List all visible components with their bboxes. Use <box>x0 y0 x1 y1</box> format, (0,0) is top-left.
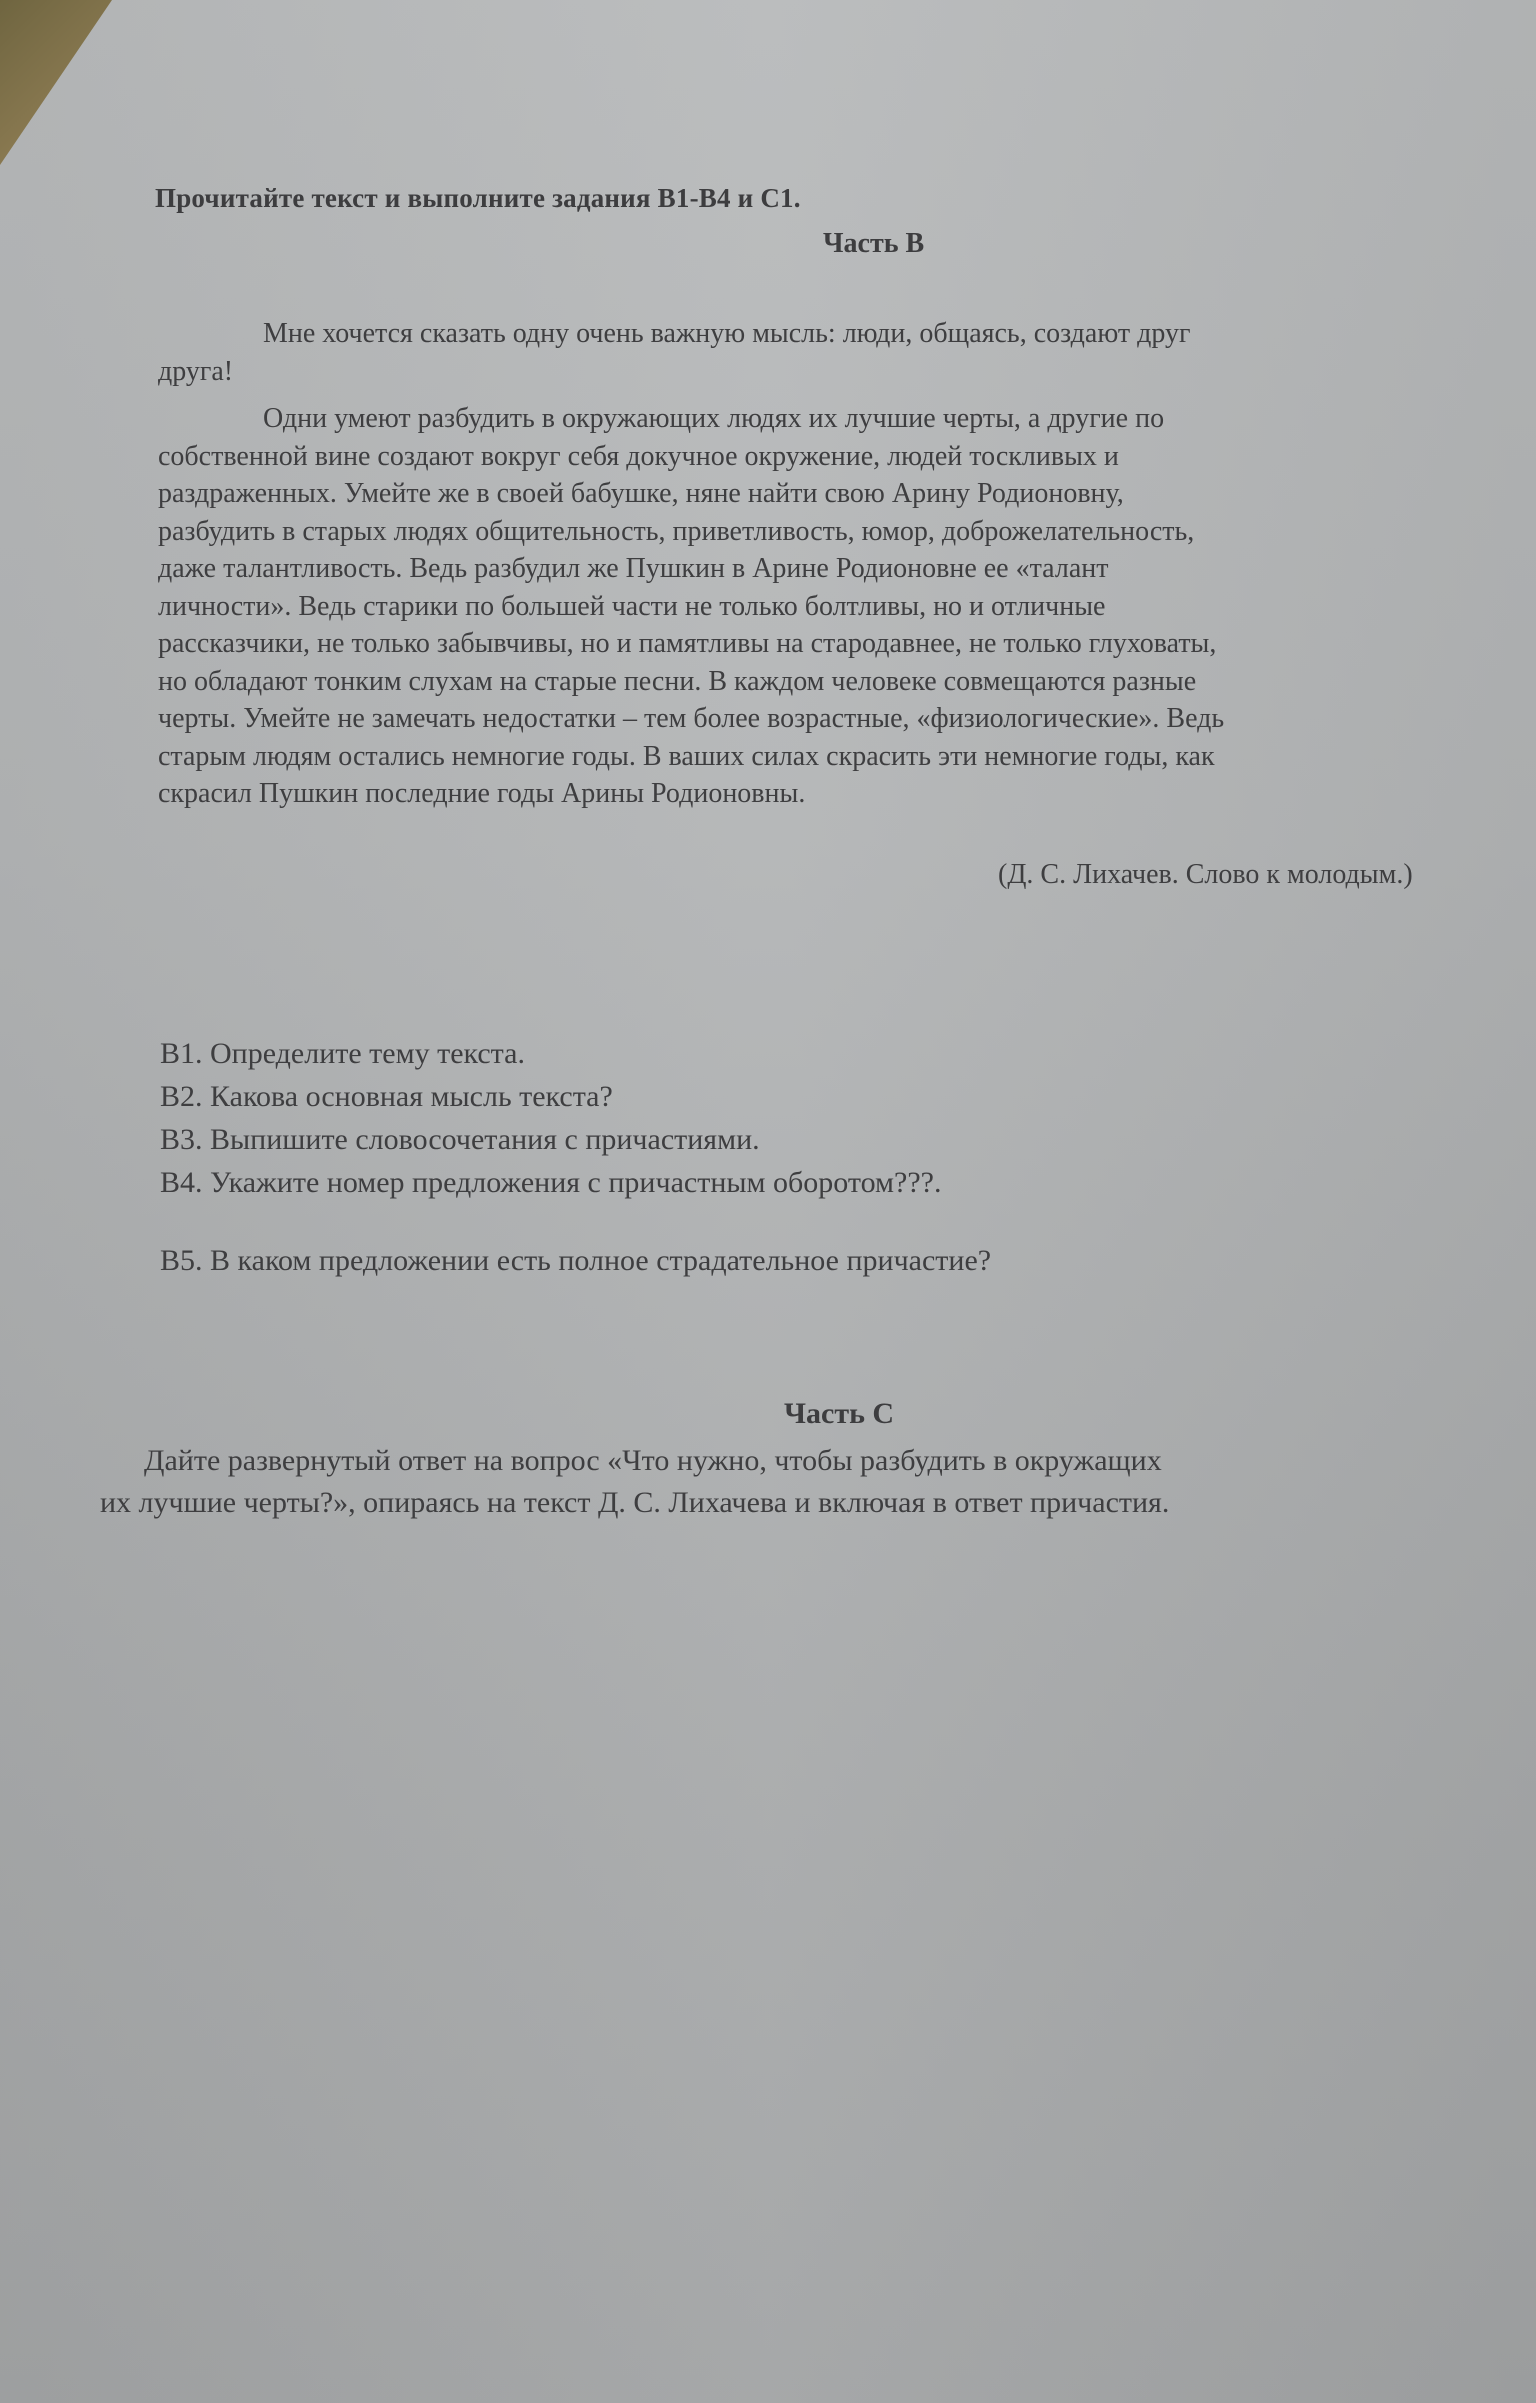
passage-line: черты. Умейте не замечать недостатки – т… <box>158 700 1536 738</box>
passage-line: собственной вине создают вокруг себя док… <box>158 438 1536 476</box>
part-c-line: их лучшие черты?», опираясь на текст Д. … <box>100 1482 1536 1524</box>
passage-line: скрасил Пушкин последние годы Арины Роди… <box>158 775 1536 813</box>
passage-line: но обладают тонким слухам на старые песн… <box>158 663 1536 701</box>
passage-line: рассказчики, не только забывчивы, но и п… <box>158 625 1536 663</box>
reading-passage: Мне хочется сказать одну очень важную мы… <box>158 315 1536 813</box>
part-c-title: Часть С <box>784 1397 894 1431</box>
paragraph-gap <box>158 390 1536 400</box>
passage-line: старым людям остались немногие годы. В в… <box>158 738 1536 776</box>
task-b4: В4. Укажите номер предложения с причастн… <box>160 1161 991 1204</box>
task-list: В1. Определите тему текста. В2. Какова о… <box>160 1032 991 1282</box>
passage-line: раздраженных. Умейте же в своей бабушке,… <box>158 475 1536 513</box>
task-b5: В5. В каком предложении есть полное стра… <box>160 1239 991 1282</box>
task-b3: В3. Выпишите словосочетания с причастиям… <box>160 1118 991 1161</box>
passage-line: личности». Ведь старики по большей части… <box>158 588 1536 626</box>
part-c-question: Дайте развернутый ответ на вопрос «Что н… <box>100 1440 1536 1524</box>
passage-line: друга! <box>158 353 1536 391</box>
passage-line: Одни умеют разбудить в окружающих людях … <box>158 400 1536 438</box>
part-b-title: Часть В <box>823 228 924 260</box>
instruction-heading: Прочитайте текст и выполните задания В1-… <box>155 183 801 214</box>
source-attribution: (Д. С. Лихачев. Слово к молодым.) <box>998 859 1413 891</box>
task-b1: В1. Определите тему текста. <box>160 1032 991 1075</box>
task-b2: В2. Какова основная мысль текста? <box>160 1075 991 1118</box>
passage-line: Мне хочется сказать одну очень важную мы… <box>158 315 1536 353</box>
part-c-line: Дайте развернутый ответ на вопрос «Что н… <box>100 1440 1536 1482</box>
passage-line: разбудить в старых людях общительность, … <box>158 513 1536 551</box>
passage-line: даже талантливость. Ведь разбудил же Пуш… <box>158 550 1536 588</box>
